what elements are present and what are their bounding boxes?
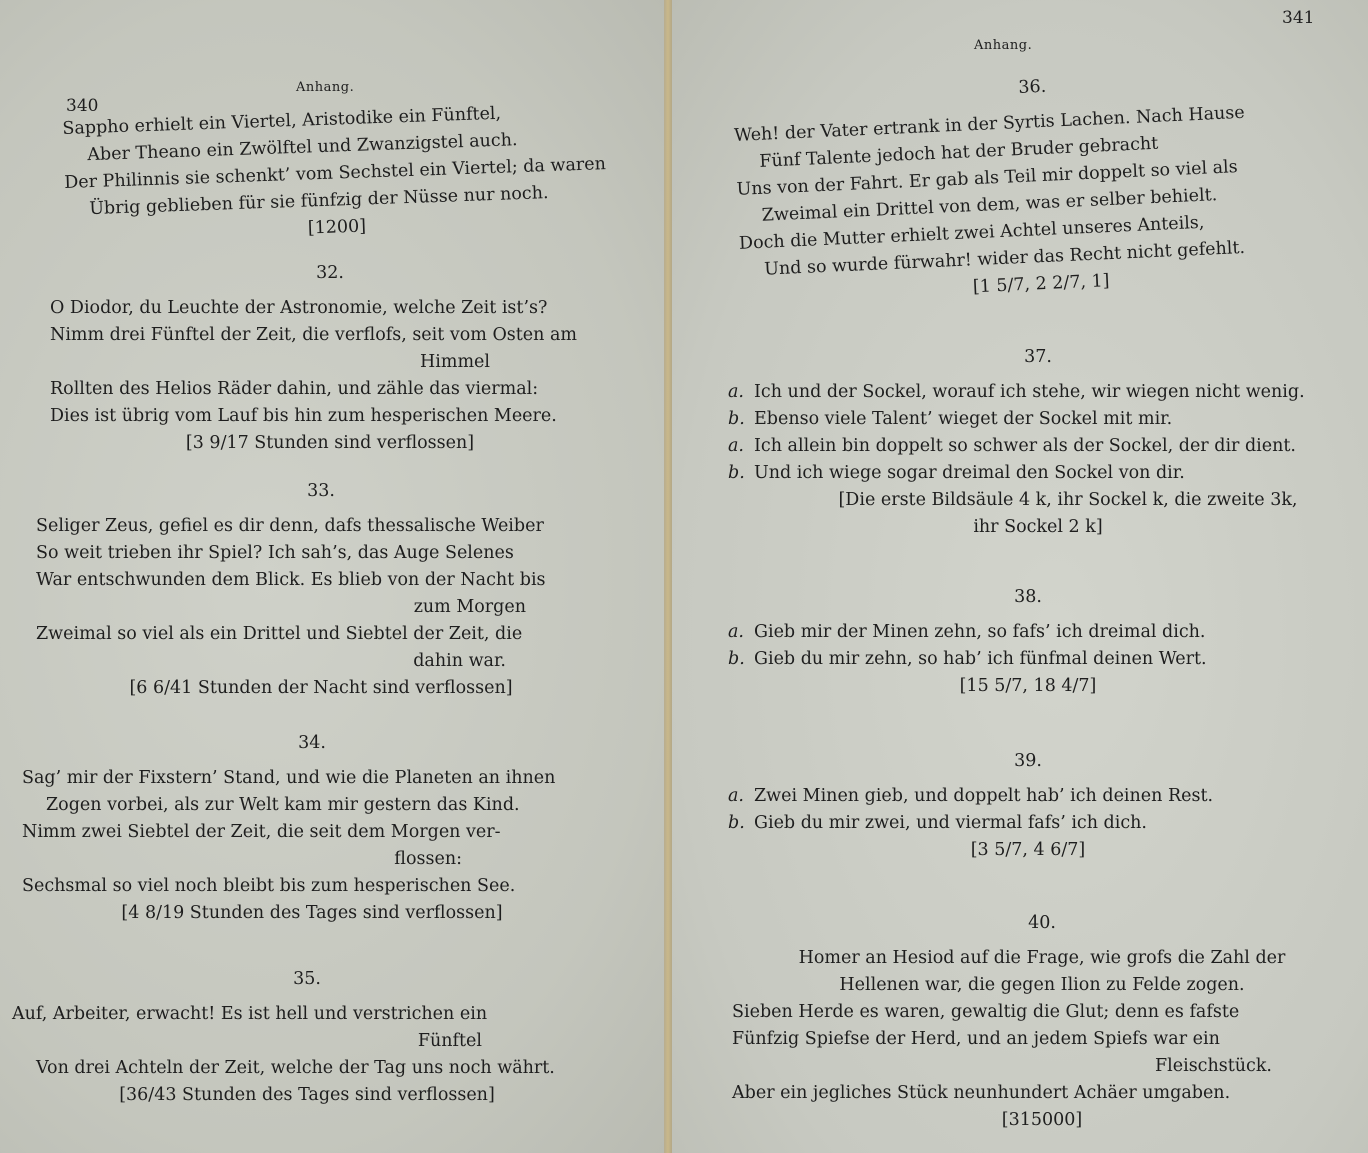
verse-text: Gieb du mir zehn, so hab’ ich fünfmal de… bbox=[754, 649, 1207, 669]
speaker-label: b. bbox=[728, 460, 754, 487]
page-number: 341 bbox=[1282, 8, 1314, 28]
verse-line: Aber ein jegliches Stück neunhundert Ach… bbox=[732, 1080, 1352, 1107]
verse-text: Zwei Minen gieb, und doppelt hab’ ich de… bbox=[754, 786, 1213, 806]
problem-number: 39. bbox=[728, 748, 1328, 775]
problem-number: 32. bbox=[50, 260, 610, 287]
problem-continuation: Sappho erhielt ein Viertel, Aristodike e… bbox=[62, 97, 608, 251]
problem-38: 38. a.Gieb mir der Minen zehn, so fafs’ … bbox=[728, 584, 1328, 700]
verse-line: b.Gieb du mir zwei, und viermal fafs’ ic… bbox=[728, 810, 1328, 837]
verse-text: Ich allein bin doppelt so schwer als der… bbox=[754, 436, 1296, 456]
verse-text: Ich und der Sockel, worauf ich stehe, wi… bbox=[754, 382, 1305, 402]
verse-line: Sieben Herde es waren, gewaltig die Glut… bbox=[732, 999, 1352, 1026]
problem-34: 34. Sag’ mir der Fixstern’ Stand, und wi… bbox=[22, 730, 602, 927]
problem-40: 40. Homer an Hesiod auf die Frage, wie g… bbox=[732, 910, 1352, 1134]
verse-line: a.Ich und der Sockel, worauf ich stehe, … bbox=[728, 379, 1348, 406]
speaker-label: a. bbox=[728, 619, 754, 646]
problem-37: 37. a.Ich und der Sockel, worauf ich ste… bbox=[728, 344, 1348, 541]
verse-line: b.Gieb du mir zehn, so hab’ ich fünfmal … bbox=[728, 646, 1328, 673]
verse-line: Fünfzig Spiefse der Herd, und an jedem S… bbox=[732, 1026, 1352, 1053]
right-page: Anhang. 341 36. Weh! der Vater ertrank i… bbox=[672, 0, 1368, 1153]
verse-line: Rollten des Helios Räder dahin, und zähl… bbox=[50, 376, 610, 403]
book-gutter bbox=[664, 0, 672, 1153]
speaker-label: a. bbox=[728, 783, 754, 810]
verse-line: Fünftel bbox=[12, 1028, 602, 1055]
problem-number: 34. bbox=[22, 730, 602, 757]
verse-line: Zweimal so viel als ein Drittel und Sieb… bbox=[36, 621, 606, 648]
verse-line: a.Zwei Minen gieb, und doppelt hab’ ich … bbox=[728, 783, 1328, 810]
answer: [315000] bbox=[732, 1107, 1352, 1134]
answer: [Die erste Bildsäule 4 k, ihr Sockel k, … bbox=[728, 487, 1348, 514]
page-number: 340 bbox=[66, 96, 98, 116]
answer: [36/43 Stunden des Tages sind verflossen… bbox=[12, 1082, 602, 1109]
intro-line: Hellenen war, die gegen Ilion zu Felde z… bbox=[732, 972, 1352, 999]
verse-line: Von drei Achteln der Zeit, welche der Ta… bbox=[12, 1055, 602, 1082]
problem-number: 35. bbox=[12, 966, 602, 993]
verse-line: a.Ich allein bin doppelt so schwer als d… bbox=[728, 433, 1348, 460]
verse-line: Sechsmal so viel noch bleibt bis zum hes… bbox=[22, 873, 602, 900]
problem-39: 39. a.Zwei Minen gieb, und doppelt hab’ … bbox=[728, 748, 1328, 864]
problem-33: 33. Seliger Zeus, gefiel es dir denn, da… bbox=[36, 478, 606, 702]
speaker-label: b. bbox=[728, 406, 754, 433]
problem-36: 36. Weh! der Vater ertrank in der Syrtis… bbox=[732, 61, 1342, 312]
verse-line: Nimm drei Fünftel der Zeit, die verflofs… bbox=[50, 322, 610, 349]
verse-line: Seliger Zeus, gefiel es dir denn, dafs t… bbox=[36, 513, 606, 540]
verse-text: Gieb mir der Minen zehn, so fafs’ ich dr… bbox=[754, 622, 1205, 642]
verse-line: Zogen vorbei, als zur Welt kam mir geste… bbox=[22, 792, 602, 819]
problem-number: 37. bbox=[728, 344, 1348, 371]
problem-number: 33. bbox=[36, 478, 606, 505]
verse-line: Dies ist übrig vom Lauf bis hin zum hesp… bbox=[50, 403, 610, 430]
answer: [3 5/7, 4 6/7] bbox=[728, 837, 1328, 864]
verse-line: War entschwunden dem Blick. Es blieb von… bbox=[36, 567, 606, 594]
verse-line: Sag’ mir der Fixstern’ Stand, und wie di… bbox=[22, 765, 602, 792]
speaker-label: b. bbox=[728, 646, 754, 673]
verse-text: Ebenso viele Talent’ wieget der Sockel m… bbox=[754, 409, 1172, 429]
verse-text: Gieb du mir zwei, und viermal fafs’ ich … bbox=[754, 813, 1147, 833]
left-page: Anhang. 340 Sappho erhielt ein Viertel, … bbox=[0, 0, 664, 1153]
running-head: Anhang. bbox=[974, 38, 1032, 53]
problem-number: 38. bbox=[728, 584, 1328, 611]
running-head: Anhang. bbox=[296, 80, 354, 95]
verse-line: zum Morgen bbox=[36, 594, 606, 621]
verse-line: Auf, Arbeiter, erwacht! Es ist hell und … bbox=[12, 1001, 602, 1028]
verse-line: So weit trieben ihr Spiel? Ich sah’s, da… bbox=[36, 540, 606, 567]
verse-line: Fleischstück. bbox=[732, 1053, 1352, 1080]
verse-line: dahin war. bbox=[36, 648, 606, 675]
problem-35: 35. Auf, Arbeiter, erwacht! Es ist hell … bbox=[12, 966, 602, 1109]
book-spread: Anhang. 340 Sappho erhielt ein Viertel, … bbox=[0, 0, 1368, 1153]
problem-number: 40. bbox=[732, 910, 1352, 937]
answer: ihr Sockel 2 k] bbox=[728, 514, 1348, 541]
intro-line: Homer an Hesiod auf die Frage, wie grofs… bbox=[732, 945, 1352, 972]
answer: [4 8/19 Stunden des Tages sind verflosse… bbox=[22, 900, 602, 927]
verse-line: a.Gieb mir der Minen zehn, so fafs’ ich … bbox=[728, 619, 1328, 646]
verse-line: flossen: bbox=[22, 846, 602, 873]
speaker-label: a. bbox=[728, 433, 754, 460]
verse-line: O Diodor, du Leuchte der Astronomie, wel… bbox=[50, 295, 610, 322]
verse-line: b.Ebenso viele Talent’ wieget der Sockel… bbox=[728, 406, 1348, 433]
answer: [6 6/41 Stunden der Nacht sind verflosse… bbox=[36, 675, 606, 702]
verse-text: Und ich wiege sogar dreimal den Sockel v… bbox=[754, 463, 1185, 483]
answer: [15 5/7, 18 4/7] bbox=[728, 673, 1328, 700]
speaker-label: a. bbox=[728, 379, 754, 406]
verse-line: b.Und ich wiege sogar dreimal den Sockel… bbox=[728, 460, 1348, 487]
verse-line: Himmel bbox=[50, 349, 610, 376]
answer: [3 9/17 Stunden sind verflossen] bbox=[50, 430, 610, 457]
problem-32: 32. O Diodor, du Leuchte der Astronomie,… bbox=[50, 260, 610, 457]
speaker-label: b. bbox=[728, 810, 754, 837]
verse-line: Nimm zwei Siebtel der Zeit, die seit dem… bbox=[22, 819, 602, 846]
